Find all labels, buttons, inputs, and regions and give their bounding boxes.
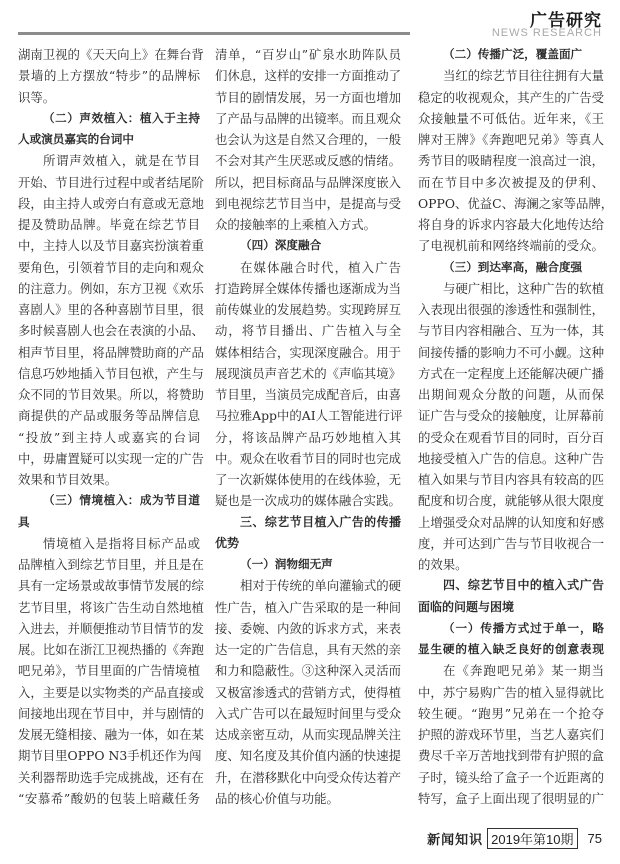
header-rule [18,32,410,35]
text-line: 品的核心价值与功能。 [215,788,401,809]
text-line: 众接触量不可低估。近年来，《王 [418,108,604,129]
text-line: 入进去，并顺便推动节目情节的发 [18,618,200,639]
text-line: 度，并可达到广告与节目收视合一 [418,533,604,554]
text-line: 的注意力。例如，东方卫视《欢乐 [18,278,200,299]
text-line: 众的接触率的上乘植入方式。 [215,214,401,235]
text-line: 所以，把目标商品与品牌深度嵌入 [215,172,401,193]
subsection-heading-line: （二）传播广泛，覆盖面广 [418,44,604,65]
text-line: 植入如果与节目内容具有较高的匹 [418,469,604,490]
text-line: 入，主要是以实物类的产品直接或 [18,682,200,703]
text-line: 当红的综艺节目往往拥有大量 [418,65,604,86]
article-column-1: 湖南卫视的《天天向上》在舞台背景墙的上方摆放“特步”的品牌标识等。（二）声效植入… [18,44,200,809]
text-line: 出期间观众分散的问题，从而保 [418,384,604,405]
text-line: 喜剧人》里的各种喜剧节目里，很 [18,299,200,320]
text-line: 性广告，植入广告采取的是一种间 [215,597,401,618]
text-line: 证广告与受众的接触度，让屏幕前 [418,405,604,426]
section-heading-line: 优势 [215,533,401,554]
subsection-heading-line: （一）传播方式过于单一，略 [418,618,604,639]
text-line: 多时候喜剧人也会在表演的小品、 [18,320,200,341]
text-line: 间接地出现在节目中，并与剧情的 [18,703,200,724]
text-line: 特写，盒子上面出现了很明显的广 [418,788,604,809]
text-line: 的受众在观看节目的同时，百分百 [418,427,604,448]
text-line: 接、委婉、内敛的诉求方式，来表 [215,618,401,639]
subsection-heading-line: 显生硬的植入缺乏良好的创意表现 [418,639,604,660]
text-line: 情境植入是指将目标产品或 [18,533,200,554]
text-line: 景墙的上方摆放“特步”的品牌标 [18,65,200,86]
text-line: 中，主持人以及节目嘉宾扮演着重 [18,235,200,256]
text-line: 关利器帮助选手完成挑战，还有在 [18,767,200,788]
text-line: 提及赞助品牌。毕竟在综艺节目 [18,214,200,235]
text-line: 具有一定场景或故事情节发展的综 [18,575,200,596]
text-line: 节目的剧情发展，另一方面也增加 [215,87,401,108]
text-line: 达一定的广告信息，具有天然的亲 [215,639,401,660]
text-line: 段，由主持人或旁白有意或无意地 [18,193,200,214]
text-line: 期节目里OPPO N3手机还作为闯 [18,745,200,766]
article-column-2: 清单，“百岁山”矿泉水助阵队员们休息，这样的安排一方面推动了节目的剧情发展，另一… [215,44,401,809]
text-line: 入式广告可以在最短时间里与受众 [215,703,401,724]
text-line: 了电视机前和网络终端前的受众。 [418,235,604,256]
text-line: 要角色，引领着节目的走向和观众 [18,257,200,278]
magazine-name: 新闻知识 [427,829,483,848]
text-line: “投放”到主持人或嘉宾的台词 [18,427,200,448]
text-line: 中，毋庸置疑可以实现一定的广告 [18,448,200,469]
text-line: 达成亲密互动，从而实现品牌关注 [215,724,401,745]
text-line: 方式在一定程度上还能解决硬广播 [418,363,604,384]
text-line: 与硬广相比，这种广告的软植 [418,278,604,299]
text-line: 发展无缝相接、融为一体，如在某 [18,724,200,745]
text-line: 马拉雅App中的AI人工智能进行评 [215,405,401,426]
page-number: 75 [588,831,602,846]
text-line: 了一次新媒体使用的在线体验，无 [215,469,401,490]
article-column-3: （二）传播广泛，覆盖面广当红的综艺节目往往拥有大量稳定的收视观众，其产生的广告受… [418,44,604,809]
text-line: 较生硬。“跑男”兄弟在一个抢夺 [418,703,604,724]
text-line: 疑也是一次成功的媒体融合实践。 [215,490,401,511]
text-line: 将自身的诉求内容最大化地传达给 [418,214,604,235]
text-line: 不会对其产生厌恶或反感的情绪。 [215,150,401,171]
text-line: 护照的游戏环节里，当艺人嘉宾们 [418,724,604,745]
text-line: 信息巧妙地插入节目包袱，产生与 [18,363,200,384]
text-line: 上增强受众对品牌的认知度和好感 [418,512,604,533]
text-line: 分，将该品牌产品巧妙地植入其 [215,427,401,448]
text-line: 动，将节目播出、广告植入与全 [215,320,401,341]
subsection-heading-line: （四）深度融合 [215,235,401,256]
issue-label: 2019年第10期 [487,828,577,849]
text-line: 艺节目里，将该广告生动自然地植 [18,597,200,618]
text-line: 展。比如在浙江卫视热播的《奔跑 [18,639,200,660]
text-line: 商提供的产品或服务等品牌信息 [18,405,200,426]
section-heading-line: 四、综艺节目中的植入式广告 [418,575,604,596]
subsection-heading-line: （一）润物细无声 [215,554,401,575]
text-line: 的效果。 [418,554,604,575]
text-line: 在《奔跑吧兄弟》某一期当 [418,660,604,681]
text-line: OPPO、优益C、海澜之家等品牌， [418,193,604,214]
text-line: 开始、节目进行过程中或者结尾阶 [18,172,200,193]
text-line: 而在节目中多次被提及的伊利、 [418,172,604,193]
text-line: 入表现出很强的渗透性和强制性， [418,299,604,320]
text-line: 了产品与品牌的出镜率。而且观众 [215,108,401,129]
text-line: 地接受植入广告的信息。这种广告 [418,448,604,469]
text-line: 们休息，这样的安排一方面推动了 [215,65,401,86]
subsection-heading-line: （三）到达率高，融合度强 [418,257,604,278]
text-line: 媒体相结合，实现深度融合。用于 [215,342,401,363]
subsection-heading-line: （三）情境植入：成为节目道 [18,490,200,511]
text-line: 清单，“百岁山”矿泉水助阵队员 [215,44,401,65]
text-line: 节目里，当演员完成配音后，由喜 [215,384,401,405]
text-line: 费尽千辛万苦地找到带有护照的盒 [418,745,604,766]
text-line: 间接传播的影响力不可小觑。这种 [418,342,604,363]
text-line: 识等。 [18,87,200,108]
header-section-subtitle: NEWS RESEARCH [492,27,602,39]
text-line: 相对于传统的单向灌输式的硬 [215,575,401,596]
text-line: 众不同的节目效果。所以，将赞助 [18,384,200,405]
text-line: 配度和切合度，就能够从很大限度 [418,490,604,511]
text-line: 秀节目的吸睛程度一浪高过一浪， [418,150,604,171]
text-line: 品牌植入到综艺节目里，并且是在 [18,554,200,575]
text-line: 中。观众在收看节目的同时也完成 [215,448,401,469]
text-line: 展现演员声音艺术的《声临其境》 [215,363,401,384]
text-line: 和力和隐蔽性。③这种深入灵活而 [215,660,401,681]
text-line: 吧兄弟》，节目里面的广告情境植 [18,660,200,681]
text-line: 中，苏宁易购广告的植入显得就比 [418,682,604,703]
text-line: 又极富渗透式的营销方式，使得植 [215,682,401,703]
text-line: 湖南卫视的《天天向上》在舞台背 [18,44,200,65]
subsection-heading-line: 具 [18,512,200,533]
text-line: 到电视综艺节目当中，是提高与受 [215,193,401,214]
text-line: 效果和节目效果。 [18,469,200,490]
text-line: 度、知名度及其价值内涵的快速提 [215,745,401,766]
text-line: 前传媒业的发展趋势。实现跨屏互 [215,299,401,320]
text-line: 与节目内容相融合、互为一体，其 [418,320,604,341]
text-line: 子时，镜头给了盒子一个近距离的 [418,767,604,788]
text-line: “安慕希”酸奶的包装上暗藏任务 [18,788,200,809]
subsection-heading-line: 人或演员嘉宾的台词中 [18,129,200,150]
text-line: 所谓声效植入，就是在节目 [18,150,200,171]
subsection-heading-line: （二）声效植入：植入于主持 [18,108,200,129]
text-line: 也会认为这是自然又合理的，一般 [215,129,401,150]
text-line: 牌对王牌》《奔跑吧兄弟》等真人 [418,129,604,150]
text-line: 相声节目里，将品牌赞助商的产品 [18,342,200,363]
text-line: 升，在潜移默化中向受众传达着产 [215,767,401,788]
section-heading-line: 三、综艺节目植入广告的传播 [215,512,401,533]
page-footer: 新闻知识 2019年第10期 75 [427,828,602,849]
text-line: 打造跨屏全媒体传播也逐渐成为当 [215,278,401,299]
text-line: 稳定的收视观众，其产生的广告受 [418,87,604,108]
text-line: 在媒体融合时代，植入广告 [215,257,401,278]
section-heading-line: 面临的问题与困境 [418,597,604,618]
